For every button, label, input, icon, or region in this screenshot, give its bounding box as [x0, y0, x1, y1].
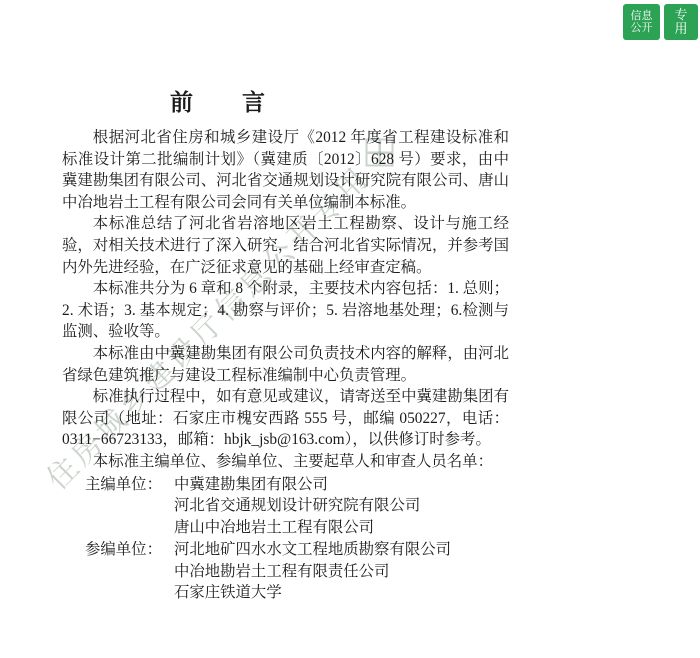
chief-editor-units: 主编单位： 中冀建勘集团有限公司 河北省交通规划设计研究院有限公司 唐山中冶地岩…	[62, 474, 509, 539]
paragraph-basis: 根据河北省住房和城乡建设厅《2012 年度省工程建设标准和标准设计第二批编制计划…	[62, 127, 509, 213]
seal-left-text: 信息公开	[630, 10, 654, 34]
paragraph-feedback: 标准执行过程中，如有意见或建议，请寄送至中冀建勘集团有限公司（地址：石家庄市槐安…	[62, 386, 509, 451]
participant-unit: 石家庄铁道大学	[174, 582, 509, 604]
paragraph-name-list: 本标准主编单位、参编单位、主要起草人和审查人员名单：	[62, 451, 509, 473]
green-seal-badge-right: 专用	[664, 4, 698, 40]
green-seal-badge-left: 信息公开	[623, 4, 660, 40]
chief-units-label: 主编单位：	[85, 474, 162, 539]
body-text: 根据河北省住房和城乡建设厅《2012 年度省工程建设标准和标准设计第二批编制计划…	[62, 127, 509, 604]
participant-units: 参编单位： 河北地矿四水水文工程地质勘察有限公司 中冶地勘岩土工程有限责任公司 …	[62, 539, 509, 604]
paragraph-contents: 本标准共分为 6 章和 8 个附录，主要技术内容包括：1. 总则；2. 术语；3…	[62, 278, 509, 343]
chief-unit: 中冀建勘集团有限公司	[174, 474, 509, 496]
paragraph-summary: 本标准总结了河北省岩溶地区岩土工程勘察、设计与施工经验，对相关技术进行了深入研究…	[62, 213, 509, 278]
document-page: 住房城乡建设厅信息公开专用 信息公开 专用 前 言 根据河北省住房和城乡建设厅《…	[0, 0, 700, 658]
chief-unit: 河北省交通规划设计研究院有限公司	[174, 495, 509, 517]
participant-units-list: 河北地矿四水水文工程地质勘察有限公司 中冶地勘岩土工程有限责任公司 石家庄铁道大…	[174, 539, 509, 604]
chief-units-list: 中冀建勘集团有限公司 河北省交通规划设计研究院有限公司 唐山中冶地岩土工程有限公…	[174, 474, 509, 539]
participant-unit: 河北地矿四水水文工程地质勘察有限公司	[174, 539, 509, 561]
paragraph-management: 本标准由中冀建勘集团有限公司负责技术内容的解释，由河北省绿色建筑推广与建设工程标…	[62, 343, 509, 386]
seal-right-text: 专用	[674, 8, 688, 36]
chief-unit: 唐山中冶地岩土工程有限公司	[174, 517, 509, 539]
page-title: 前 言	[170, 84, 266, 117]
participant-unit: 中冶地勘岩土工程有限责任公司	[174, 561, 509, 583]
participant-units-label: 参编单位：	[85, 539, 162, 604]
